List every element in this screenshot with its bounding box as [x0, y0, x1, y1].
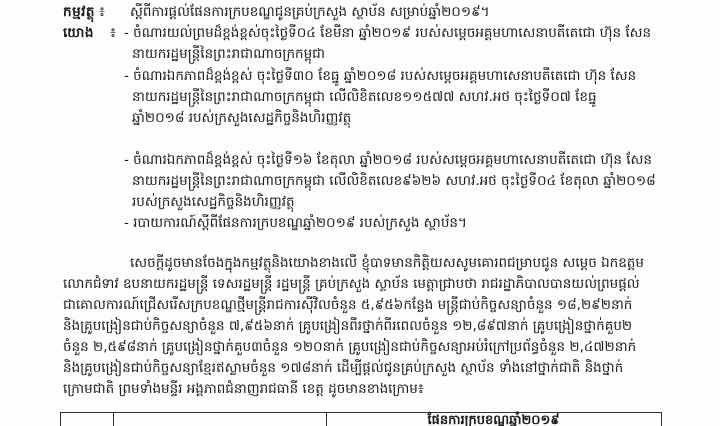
- subject-text: ស្តីពីការផ្តល់ផែនការក្របខណ្ឌជូនគ្រប់ក្រស…: [130, 2, 490, 22]
- body-line-4: និងគ្រូបង្រៀនជាប់កិច្ចសន្យាចំនួន ៧,៩៥៦នា…: [63, 316, 632, 336]
- reference-item-3-line-3: របស់ក្រសួងសេដ្ឋកិច្ចនិងហិរញ្ញវត្ថុ: [132, 192, 295, 212]
- reference-item-2-line-1: - ចំណារឯកភាពដ៏ខ្ពង់ខ្ពស់ ចុះថ្ងៃទី៣០ ខែធ…: [124, 66, 636, 86]
- reference-item-1-line-2: នាយករដ្ឋមន្ត្រីនៃព្រះរាជាណាចក្រកម្ពុជា: [132, 44, 325, 64]
- reference-item-3-line-1: - ចំណារឯកភាពដ៏ខ្ពង់ខ្ពស់ ចុះថ្ងៃទី១៦ ខែត…: [124, 150, 652, 170]
- subject-separator: ៖: [99, 2, 105, 22]
- subject-row: កម្មវត្ថុ៖: [63, 2, 111, 22]
- subject-label: កម្មវត្ថុ: [63, 4, 95, 20]
- document-page: កម្មវត្ថុ៖ ស្តីពីការផ្តល់ផែនការក្របខណ្ឌជ…: [0, 0, 720, 426]
- references-separator: ៖: [110, 23, 116, 43]
- body-line-3: ជាគោលការណ៍ជ្រើសរើសក្របខណ្ឌថ្មីមន្ត្រីរាជ…: [63, 295, 632, 315]
- reference-item-1-line-1: - ចំណារយល់ព្រមដ៏ខ្ពង់ខ្ពស់ចុះថ្ងៃទី០៤ ខែ…: [124, 23, 651, 43]
- body-line-5: ចំនួន ២,៥៩៨នាក់ គ្រូបង្រៀនថ្នាក់គួប៣ចំនួ…: [63, 337, 636, 357]
- reference-item-2-line-3: ឆ្នាំ២០១៨ របស់ក្រសួងសេដ្ឋកិច្ចនិងហិរញ្ញវ…: [132, 108, 351, 128]
- reference-item-4-line-1: - របាយការណ៍ស្តីពីផែនការក្របខណ្ឌឆ្នាំ២០១៩…: [124, 213, 467, 233]
- table-header-plan-2019: ផែនការក្របខណ្ឌឆ្នាំ២០១៩: [326, 412, 661, 426]
- reference-item-3-line-2: នាយករដ្ឋមន្ត្រីនៃព្រះរាជាណាចក្រកម្ពុជា ល…: [132, 171, 656, 191]
- reference-item-2-line-2: នាយករដ្ឋមន្ត្រីនៃព្រះរាជាណាចក្រកម្ពុជា ល…: [132, 87, 597, 107]
- body-line-6: និងគ្រូបង្រៀនជាប់កិច្ចសន្យាខ្មែរឥស្លាមចំ…: [63, 358, 623, 378]
- body-line-7: ក្រោមជាតិ ព្រមទាំងមន្ទីរ អង្គភាពជំនាញរាជ…: [63, 379, 424, 399]
- table-column-divider: [113, 413, 114, 426]
- body-line-1: សេចក្តីដូចមានចែងក្នុងកម្មវត្ថុនិងយោងខាងល…: [130, 253, 644, 273]
- references-row: យោង៖: [63, 23, 122, 43]
- plan-table: ផែនការក្របខណ្ឌឆ្នាំ២០១៩: [60, 412, 662, 426]
- references-label: យោង: [63, 25, 94, 41]
- body-line-2: លោកជំទាវ ឧបនាយករដ្ឋមន្ត្រី ទេសរដ្ឋមន្ត្រ…: [63, 274, 640, 294]
